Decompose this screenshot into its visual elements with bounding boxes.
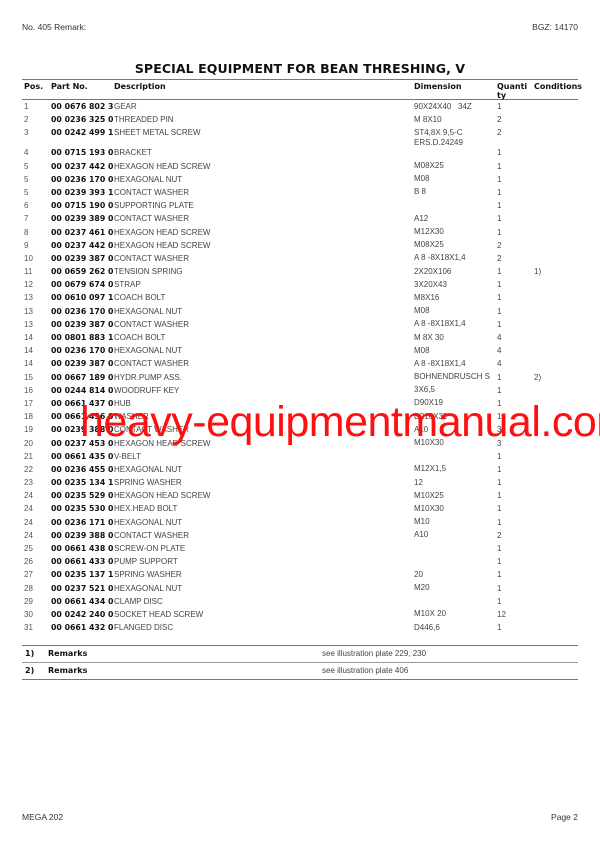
table-header: Pos. Part No. Description Dimension Quan… bbox=[22, 79, 578, 100]
dimension-cell: M12X30 bbox=[414, 227, 444, 237]
dimension-cell: A12 bbox=[414, 214, 428, 224]
position-cell: 9 bbox=[24, 239, 28, 252]
remark-row: 2) Remarks see illustration plate 406 bbox=[22, 663, 578, 680]
position-cell: 22 bbox=[24, 463, 33, 476]
conditions-cell: 1) bbox=[534, 265, 541, 278]
quantity-cell: 2 bbox=[497, 126, 501, 139]
position-cell: 21 bbox=[24, 450, 33, 463]
part-number-cell: 00 0661 438 0 bbox=[51, 542, 113, 555]
dimension-cell: A 8 -8X18X1,4 bbox=[414, 253, 466, 263]
dimension-cell: M10X25 bbox=[414, 491, 444, 501]
dimension-cell: M 8X 30 bbox=[414, 333, 444, 343]
part-number-cell: 00 0239 387 0 bbox=[51, 357, 113, 370]
position-cell: 20 bbox=[24, 437, 33, 450]
remark-row: 1) Remarks see illustration plate 229, 2… bbox=[22, 646, 578, 663]
quantity-cell: 1 bbox=[497, 463, 501, 476]
position-cell: 5 bbox=[24, 186, 28, 199]
description-cell: SPRING WASHER bbox=[114, 568, 182, 581]
quantity-cell: 1 bbox=[497, 291, 501, 304]
table-row: 500 0237 442 0HEXAGON HEAD SCREWM08X251 bbox=[22, 160, 578, 173]
position-cell: 5 bbox=[24, 160, 28, 173]
position-cell: 24 bbox=[24, 489, 33, 502]
position-cell: 13 bbox=[24, 305, 33, 318]
position-cell: 24 bbox=[24, 529, 33, 542]
part-number-cell: 00 0236 325 0 bbox=[51, 113, 113, 126]
table-row: 1100 0659 262 0TENSION SPRING2X20X10611) bbox=[22, 265, 578, 278]
description-cell: GEAR bbox=[114, 100, 137, 113]
quantity-cell: 1 bbox=[497, 450, 501, 463]
position-cell: 8 bbox=[24, 226, 28, 239]
table-body: 100 0676 802 3GEAR90X24X40 34Z1200 0236 … bbox=[22, 100, 578, 634]
description-cell: CLAMP DISC bbox=[114, 595, 163, 608]
quantity-cell: 1 bbox=[497, 146, 501, 159]
table-row: 2400 0235 530 0HEX.HEAD BOLTM10X301 bbox=[22, 502, 578, 515]
dimension-cell: 3X20X43 bbox=[414, 280, 447, 290]
quantity-cell: 1 bbox=[497, 582, 501, 595]
quantity-cell: 1 bbox=[497, 100, 501, 113]
position-cell: 26 bbox=[24, 555, 33, 568]
description-cell: HEXAGONAL NUT bbox=[114, 582, 182, 595]
table-row: 2800 0237 521 0HEXAGONAL NUTM201 bbox=[22, 582, 578, 595]
table-row: 2500 0661 438 0SCREW-ON PLATE1 bbox=[22, 542, 578, 555]
quantity-cell: 1 bbox=[497, 555, 501, 568]
part-number-cell: 00 0239 387 0 bbox=[51, 318, 113, 331]
description-cell: CONTACT WASHER bbox=[114, 252, 189, 265]
parts-table: Pos. Part No. Description Dimension Quan… bbox=[22, 79, 578, 634]
dimension-cell: M8X16 bbox=[414, 293, 439, 303]
dimension-cell: 2X20X106 bbox=[414, 267, 451, 277]
table-row: 100 0676 802 3GEAR90X24X40 34Z1 bbox=[22, 100, 578, 113]
position-cell: 2 bbox=[24, 113, 28, 126]
remark-label: Remarks bbox=[48, 663, 87, 679]
part-number-cell: 00 0610 097 1 bbox=[51, 291, 113, 304]
dimension-cell: M12X1,5 bbox=[414, 464, 446, 474]
quantity-cell: 2 bbox=[497, 529, 501, 542]
table-row: 2400 0239 388 0CONTACT WASHERA102 bbox=[22, 529, 578, 542]
page-number: Page 2 bbox=[551, 812, 578, 822]
part-number-cell: 00 0237 521 0 bbox=[51, 582, 113, 595]
dimension-cell: M10 bbox=[414, 517, 430, 527]
table-row: 1400 0801 883 1COACH BOLTM 8X 304 bbox=[22, 331, 578, 344]
quantity-cell: 2 bbox=[497, 239, 501, 252]
position-cell: 15 bbox=[24, 371, 33, 384]
description-cell: WOODRUFF KEY bbox=[114, 384, 179, 397]
page-title: SPECIAL EQUIPMENT FOR BEAN THRESHING, V bbox=[0, 61, 600, 76]
document-number-remark: No. 405 Remark: bbox=[22, 22, 86, 32]
dimension-cell: 12 bbox=[414, 478, 423, 488]
table-row: 1200 0679 674 0STRAP3X20X431 bbox=[22, 278, 578, 291]
dimension-cell: A 8 -8X18X1,4 bbox=[414, 359, 466, 369]
quantity-cell: 1 bbox=[497, 489, 501, 502]
table-row: 600 0715 190 0SUPPORTING PLATE1 bbox=[22, 199, 578, 212]
table-row: 3000 0242 240 0SOCKET HEAD SCREWM10X 201… bbox=[22, 608, 578, 621]
table-row: 300 0242 499 1SHEET METAL SCREWST4,8X 9,… bbox=[22, 126, 578, 146]
description-cell: HEXAGONAL NUT bbox=[114, 173, 182, 186]
position-cell: 27 bbox=[24, 568, 33, 581]
col-header-description: Description bbox=[114, 82, 166, 91]
part-number-cell: 00 0237 461 0 bbox=[51, 226, 113, 239]
quantity-cell: 4 bbox=[497, 344, 501, 357]
table-row: 400 0715 193 0BRACKET1 bbox=[22, 146, 578, 159]
quantity-cell: 1 bbox=[497, 173, 501, 186]
description-cell: STRAP bbox=[114, 278, 141, 291]
quantity-cell: 1 bbox=[497, 595, 501, 608]
part-number-cell: 00 0239 387 0 bbox=[51, 252, 113, 265]
position-cell: 5 bbox=[24, 173, 28, 186]
part-number-cell: 00 0676 802 3 bbox=[51, 100, 113, 113]
quantity-cell: 1 bbox=[497, 160, 501, 173]
description-cell: SPRING WASHER bbox=[114, 476, 182, 489]
quantity-cell: 1 bbox=[497, 305, 501, 318]
quantity-cell: 1 bbox=[497, 502, 501, 515]
quantity-cell: 12 bbox=[497, 608, 506, 621]
position-cell: 1 bbox=[24, 100, 28, 113]
model-name: MEGA 202 bbox=[22, 812, 63, 822]
description-cell: HEXAGON HEAD SCREW bbox=[114, 239, 210, 252]
part-number-cell: 00 0667 189 0 bbox=[51, 371, 113, 384]
position-cell: 10 bbox=[24, 252, 33, 265]
col-header-part-no: Part No. bbox=[51, 82, 88, 91]
position-cell: 25 bbox=[24, 542, 33, 555]
description-cell: CONTACT WASHER bbox=[114, 357, 189, 370]
remark-text: see illustration plate 229, 230 bbox=[322, 646, 426, 662]
part-number-cell: 00 0237 442 0 bbox=[51, 160, 113, 173]
table-row: 1600 0244 814 0WOODRUFF KEY3X6,51 bbox=[22, 384, 578, 397]
position-cell: 4 bbox=[24, 146, 28, 159]
position-cell: 3 bbox=[24, 126, 28, 139]
description-cell: CONTACT WASHER bbox=[114, 186, 189, 199]
description-cell: COACH BOLT bbox=[114, 291, 165, 304]
description-cell: TENSION SPRING bbox=[114, 265, 182, 278]
dimension-cell: M08X25 bbox=[414, 240, 444, 250]
part-number-cell: 00 0715 193 0 bbox=[51, 146, 113, 159]
description-cell: HEXAGONAL NUT bbox=[114, 344, 182, 357]
remark-label: Remarks bbox=[48, 646, 87, 662]
part-number-cell: 00 0239 388 0 bbox=[51, 529, 113, 542]
dimension-cell: 20 bbox=[414, 570, 423, 580]
quantity-cell: 1 bbox=[497, 265, 501, 278]
dimension-cell: M10X30 bbox=[414, 504, 444, 514]
description-cell: CONTACT WASHER bbox=[114, 212, 189, 225]
description-cell: HYDR.PUMP ASS. bbox=[114, 371, 182, 384]
col-header-quantity: Quanti ty bbox=[497, 82, 527, 100]
dimension-cell: A10 bbox=[414, 530, 428, 540]
position-cell: 31 bbox=[24, 621, 33, 634]
description-cell: CONTACT WASHER bbox=[114, 318, 189, 331]
quantity-cell: 1 bbox=[497, 384, 501, 397]
description-cell: HEXAGON HEAD SCREW bbox=[114, 489, 210, 502]
position-cell: 13 bbox=[24, 291, 33, 304]
description-cell: COACH BOLT bbox=[114, 331, 165, 344]
part-number-cell: 00 0236 170 0 bbox=[51, 305, 113, 318]
col-header-dimension: Dimension bbox=[414, 82, 462, 91]
part-number-cell: 00 0235 137 1 bbox=[51, 568, 113, 581]
table-row: 200 0236 325 0THREADED PINM 8X102 bbox=[22, 113, 578, 126]
part-number-cell: 00 0661 433 0 bbox=[51, 555, 113, 568]
description-cell: THREADED PIN bbox=[114, 113, 174, 126]
position-cell: 28 bbox=[24, 582, 33, 595]
part-number-cell: 00 0661 435 0 bbox=[51, 450, 113, 463]
remark-number: 2) bbox=[25, 663, 34, 679]
part-number-cell: 00 0242 499 1 bbox=[51, 126, 113, 139]
quantity-cell: 2 bbox=[497, 252, 501, 265]
remark-text: see illustration plate 406 bbox=[322, 663, 408, 679]
position-cell: 24 bbox=[24, 502, 33, 515]
dimension-cell: M10X 20 bbox=[414, 609, 446, 619]
part-number-cell: 00 0661 434 0 bbox=[51, 595, 113, 608]
part-number-cell: 00 0237 442 0 bbox=[51, 239, 113, 252]
dimension-cell: BOHNENDRUSCH S bbox=[414, 372, 490, 382]
dimension-cell: M08X25 bbox=[414, 161, 444, 171]
table-row: 900 0237 442 0HEXAGON HEAD SCREWM08X252 bbox=[22, 239, 578, 252]
quantity-cell: 1 bbox=[497, 212, 501, 225]
position-cell: 14 bbox=[24, 357, 33, 370]
description-cell: FLANGED DISC bbox=[114, 621, 173, 634]
position-cell: 18 bbox=[24, 410, 33, 423]
description-cell: SHEET METAL SCREW bbox=[114, 126, 201, 139]
description-cell: PUMP SUPPORT bbox=[114, 555, 178, 568]
table-row: 1000 0239 387 0CONTACT WASHERA 8 -8X18X1… bbox=[22, 252, 578, 265]
quantity-cell: 1 bbox=[497, 226, 501, 239]
quantity-cell: 4 bbox=[497, 331, 501, 344]
table-row: 2400 0236 171 0HEXAGONAL NUTM101 bbox=[22, 516, 578, 529]
position-cell: 13 bbox=[24, 318, 33, 331]
description-cell: CONTACT WASHER bbox=[114, 529, 189, 542]
description-cell: HEXAGONAL NUT bbox=[114, 516, 182, 529]
dimension-cell: M 8X10 bbox=[414, 115, 442, 125]
bgz-number: BGZ: 14170 bbox=[532, 22, 578, 32]
col-header-pos: Pos. bbox=[24, 82, 43, 91]
table-row: 2300 0235 134 1SPRING WASHER121 bbox=[22, 476, 578, 489]
quantity-cell: 1 bbox=[497, 278, 501, 291]
quantity-cell: 1 bbox=[497, 516, 501, 529]
part-number-cell: 00 0236 170 0 bbox=[51, 344, 113, 357]
table-row: 2400 0235 529 0HEXAGON HEAD SCREWM10X251 bbox=[22, 489, 578, 502]
position-cell: 29 bbox=[24, 595, 33, 608]
part-number-cell: 00 0659 262 0 bbox=[51, 265, 113, 278]
table-row: 2600 0661 433 0PUMP SUPPORT1 bbox=[22, 555, 578, 568]
remark-number: 1) bbox=[25, 646, 34, 662]
description-cell: HEXAGONAL NUT bbox=[114, 305, 182, 318]
quantity-cell: 2 bbox=[497, 113, 501, 126]
table-row: 2100 0661 435 0V-BELT1 bbox=[22, 450, 578, 463]
dimension-cell: M08 bbox=[414, 174, 430, 184]
table-row: 2900 0661 434 0CLAMP DISC1 bbox=[22, 595, 578, 608]
part-number-cell: 00 0715 190 0 bbox=[51, 199, 113, 212]
table-row: 1300 0610 097 1COACH BOLTM8X161 bbox=[22, 291, 578, 304]
quantity-cell: 1 bbox=[497, 476, 501, 489]
dimension-cell: 3X6,5 bbox=[414, 385, 435, 395]
quantity-cell: 1 bbox=[497, 568, 501, 581]
table-row: 500 0236 170 0HEXAGONAL NUTM081 bbox=[22, 173, 578, 186]
part-number-cell: 00 0236 171 0 bbox=[51, 516, 113, 529]
table-row: 800 0237 461 0HEXAGON HEAD SCREWM12X301 bbox=[22, 226, 578, 239]
position-cell: 19 bbox=[24, 423, 33, 436]
table-row: 1500 0667 189 0HYDR.PUMP ASS.BOHNENDRUSC… bbox=[22, 371, 578, 384]
description-cell: SUPPORTING PLATE bbox=[114, 199, 194, 212]
table-row: 2200 0236 455 0HEXAGONAL NUTM12X1,51 bbox=[22, 463, 578, 476]
watermark: heavy-equipmentmanual.com bbox=[80, 398, 600, 446]
dimension-cell: A 8 -8X18X1,4 bbox=[414, 319, 466, 329]
table-row: 500 0239 393 1CONTACT WASHERB 81 bbox=[22, 186, 578, 199]
part-number-cell: 00 0235 529 0 bbox=[51, 489, 113, 502]
description-cell: HEXAGONAL NUT bbox=[114, 463, 182, 476]
dimension-cell: D446,6 bbox=[414, 623, 440, 633]
dimension-cell: ST4,8X 9,5-C ERS.D.24249 bbox=[414, 128, 463, 148]
quantity-cell: 1 bbox=[497, 621, 501, 634]
part-number-cell: 00 0236 455 0 bbox=[51, 463, 113, 476]
position-cell: 12 bbox=[24, 278, 33, 291]
part-number-cell: 00 0244 814 0 bbox=[51, 384, 113, 397]
position-cell: 6 bbox=[24, 199, 28, 212]
part-number-cell: 00 0239 389 0 bbox=[51, 212, 113, 225]
part-number-cell: 00 0235 530 0 bbox=[51, 502, 113, 515]
description-cell: SCREW-ON PLATE bbox=[114, 542, 185, 555]
position-cell: 24 bbox=[24, 516, 33, 529]
description-cell: HEXAGON HEAD SCREW bbox=[114, 226, 210, 239]
description-cell: V-BELT bbox=[114, 450, 141, 463]
table-row: 2700 0235 137 1SPRING WASHER201 bbox=[22, 568, 578, 581]
table-row: 3100 0661 432 0FLANGED DISCD446,61 bbox=[22, 621, 578, 634]
remarks-table: 1) Remarks see illustration plate 229, 2… bbox=[22, 645, 578, 680]
conditions-cell: 2) bbox=[534, 371, 541, 384]
part-number-cell: 00 0242 240 0 bbox=[51, 608, 113, 621]
table-row: 700 0239 389 0CONTACT WASHERA121 bbox=[22, 212, 578, 225]
table-row: 1400 0239 387 0CONTACT WASHERA 8 -8X18X1… bbox=[22, 357, 578, 370]
description-cell: SOCKET HEAD SCREW bbox=[114, 608, 203, 621]
part-number-cell: 00 0679 674 0 bbox=[51, 278, 113, 291]
quantity-cell: 1 bbox=[497, 542, 501, 555]
position-cell: 17 bbox=[24, 397, 33, 410]
position-cell: 11 bbox=[24, 265, 32, 278]
position-cell: 14 bbox=[24, 344, 33, 357]
part-number-cell: 00 0661 432 0 bbox=[51, 621, 113, 634]
table-row: 1300 0236 170 0HEXAGONAL NUTM081 bbox=[22, 305, 578, 318]
dimension-cell: 90X24X40 34Z bbox=[414, 102, 472, 112]
description-cell: HEXAGON HEAD SCREW bbox=[114, 160, 210, 173]
dimension-cell: M08 bbox=[414, 306, 430, 316]
position-cell: 14 bbox=[24, 331, 33, 344]
position-cell: 16 bbox=[24, 384, 33, 397]
quantity-cell: 1 bbox=[497, 199, 501, 212]
position-cell: 30 bbox=[24, 608, 33, 621]
table-row: 1400 0236 170 0HEXAGONAL NUTM084 bbox=[22, 344, 578, 357]
dimension-cell: M08 bbox=[414, 346, 430, 356]
quantity-cell: 1 bbox=[497, 371, 501, 384]
col-header-conditions: Conditions bbox=[534, 82, 582, 91]
dimension-cell: B 8 bbox=[414, 187, 426, 197]
position-cell: 7 bbox=[24, 212, 28, 225]
quantity-cell: 4 bbox=[497, 357, 501, 370]
dimension-cell: M20 bbox=[414, 583, 430, 593]
quantity-cell: 1 bbox=[497, 318, 501, 331]
part-number-cell: 00 0239 393 1 bbox=[51, 186, 113, 199]
table-row: 1300 0239 387 0CONTACT WASHERA 8 -8X18X1… bbox=[22, 318, 578, 331]
quantity-cell: 1 bbox=[497, 186, 501, 199]
part-number-cell: 00 0801 883 1 bbox=[51, 331, 113, 344]
description-cell: BRACKET bbox=[114, 146, 152, 159]
part-number-cell: 00 0236 170 0 bbox=[51, 173, 113, 186]
position-cell: 23 bbox=[24, 476, 33, 489]
part-number-cell: 00 0235 134 1 bbox=[51, 476, 113, 489]
description-cell: HEX.HEAD BOLT bbox=[114, 502, 177, 515]
